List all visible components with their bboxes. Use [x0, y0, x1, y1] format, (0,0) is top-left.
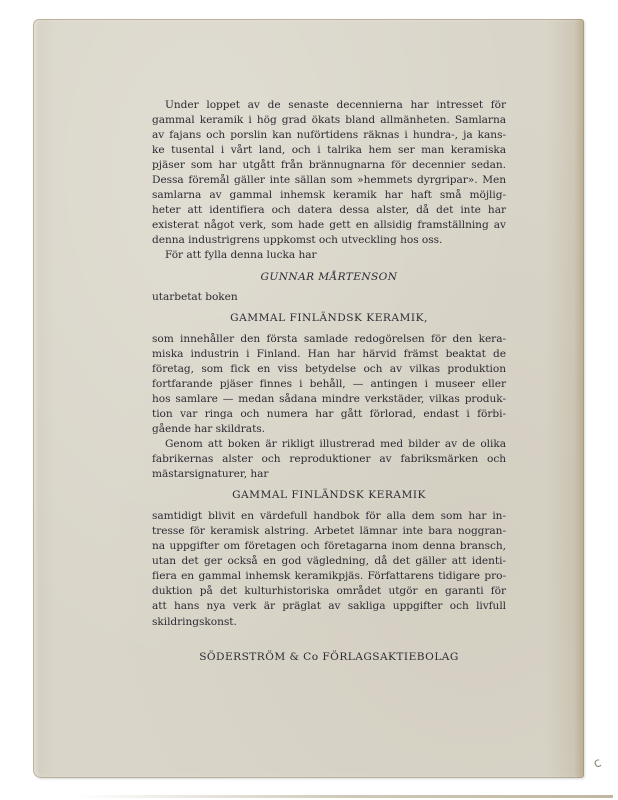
paragraph-illustrations: Genom att boken är rikligt illustrerad m…: [152, 437, 506, 482]
text-line: denna industrigrens uppkomst och utveckl…: [152, 233, 506, 248]
paragraph-lead-in: För att fylla denna lucka har: [152, 248, 506, 263]
paragraph-contents: som innehåller den första samlade redogö…: [152, 332, 506, 437]
text-line: pjäser som har utgått från brännugnarna …: [152, 158, 506, 173]
text-line: samlarna av gammal inhemsk keramik har h…: [152, 188, 506, 203]
text-line: utan det ger också en god vägledning, då…: [152, 554, 506, 569]
text-line: tresse för keramisk alstring. Arbetet lä…: [152, 524, 506, 539]
blurb-text: Under loppet av de senaste decennierna h…: [152, 98, 506, 630]
connector-text: utarbetat boken: [152, 290, 506, 305]
pencil-mark: c: [592, 755, 604, 772]
text-line: miska industrin i Finland. Han har härvi…: [152, 347, 506, 362]
text-line: gammal keramik i hög grad ökats bland al…: [152, 113, 506, 128]
worn-bottom-edge: [73, 795, 613, 798]
text-line: heter att identifiera och datera dessa a…: [152, 203, 506, 218]
text-line: samtidigt blivit en värdefull handbok fö…: [152, 509, 506, 524]
text-line: gående har skildrats.: [152, 422, 506, 437]
text-line: att hans nya verk är präglat av sakliga …: [152, 599, 506, 614]
book-title-first: GAMMAL FINLÄNDSK KERAMIK,: [152, 311, 506, 326]
text-line: Dessa föremål gäller inte sällan som »he…: [152, 173, 506, 188]
text-line: Genom att boken är rikligt illustrerad m…: [152, 437, 506, 452]
text-line: fiera en gammal inhemsk keramikpjäs. För…: [152, 569, 506, 584]
text-line: na uppgifter om företagen och företagarn…: [152, 539, 506, 554]
text-line: företag, som fick en viss betydelse och …: [152, 362, 506, 377]
book-title-second: GAMMAL FINLÄNDSK KERAMIK: [152, 488, 506, 503]
text-line: Under loppet av de senaste decennierna h…: [152, 98, 506, 113]
text-line: fortfarande pjäser finnes i behåll, — an…: [152, 377, 506, 392]
text-line: duktion på det kulturhistoriska området …: [152, 584, 506, 599]
text-line: mästarsignaturer, har: [152, 467, 506, 482]
text-line: existerat något verk, som hade gett en a…: [152, 218, 506, 233]
paragraph-handbook: samtidigt blivit en värdefull handbok fö…: [152, 509, 506, 629]
text-line: skildringskonst.: [152, 615, 506, 630]
text-line: ke tusental i vårt land, och i talrika h…: [152, 143, 506, 158]
text-line: fabrikernas alster och reproduktioner av…: [152, 452, 506, 467]
text-line: tion var ringa och numera har gått förlo…: [152, 407, 506, 422]
text-line: som innehåller den första samlade redogö…: [152, 332, 506, 347]
text-line: av fajans och porslin kan nuförtidens rä…: [152, 128, 506, 143]
author-name: GUNNAR MÅRTENSON: [152, 270, 506, 285]
publisher-name: SÖDERSTRÖM & Co FÖRLAGSAKTIEBOLAG: [152, 651, 506, 663]
text-line: hos samlare — medan sådana mindre verkst…: [152, 392, 506, 407]
paragraph-intro: Under loppet av de senaste decennierna h…: [152, 98, 506, 248]
